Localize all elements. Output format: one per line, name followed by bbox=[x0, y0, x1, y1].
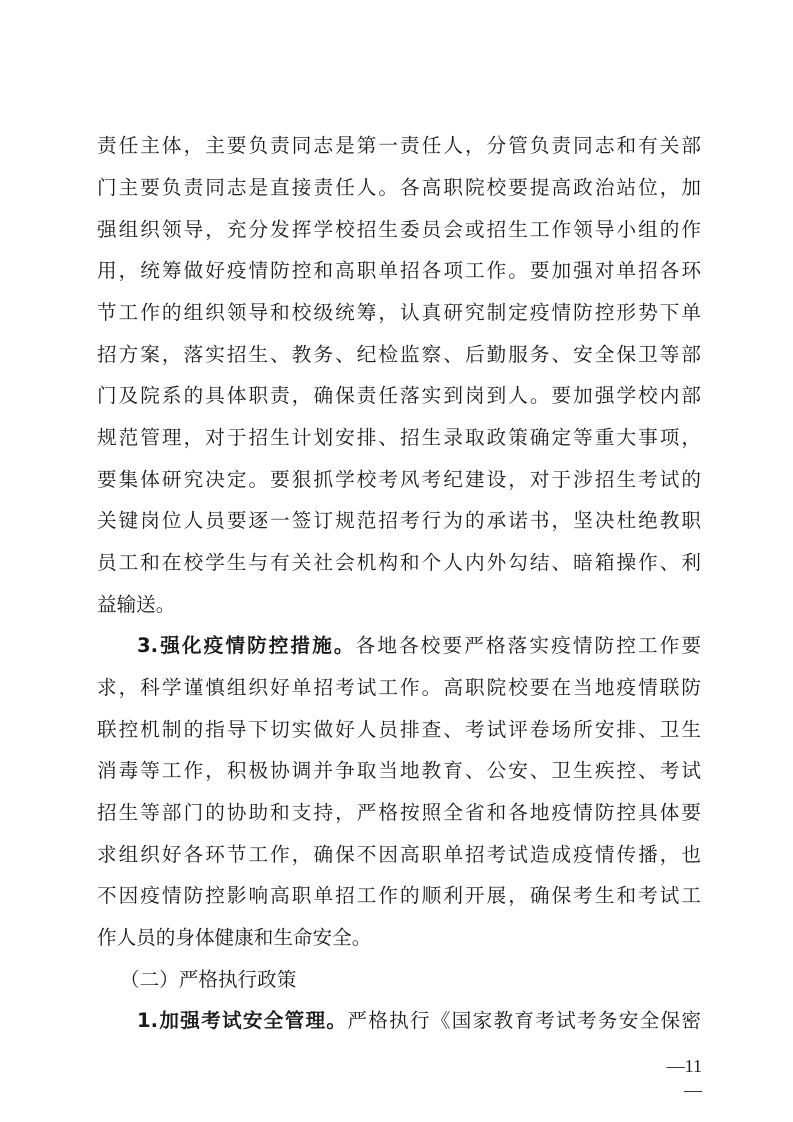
paragraph-line: 节工作的组织领导和校级统筹，认真研究制定疫情防控形势下单 bbox=[97, 298, 701, 328]
paragraph-line: 门及院系的具体职责，确保责任落实到岗到人。要加强学校内部 bbox=[97, 381, 701, 411]
section-3-heading: 3.强化疫情防控措施。 bbox=[137, 634, 356, 657]
page-number: —11— bbox=[650, 1054, 702, 1078]
section-1-first-line: 1.加强考试安全管理。严格执行《国家教育考试考务安全保密 bbox=[137, 1006, 701, 1036]
section-3-first-line: 3.强化疫情防控措施。各地各校要严格落实疫情防控工作要 bbox=[137, 631, 701, 661]
paragraph-line: 强组织领导，充分发挥学校招生委员会或招生工作领导小组的作 bbox=[97, 215, 701, 245]
section-1-heading: 1.加强考试安全管理。 bbox=[137, 1009, 347, 1032]
paragraph-line: 用，统筹做好疫情防控和高职单招各项工作。要加强对单招各环 bbox=[97, 256, 701, 286]
paragraph-line: 不因疫情防控影响高职单招工作的顺利开展，确保考生和考试工 bbox=[97, 881, 701, 911]
document-page: 责任主体，主要负责同志是第一责任人，分管负责同志和有关部 门主要负责同志是直接责… bbox=[0, 0, 793, 1122]
paragraph-line: 规范管理，对于招生计划安排、招生录取政策确定等重大事项， bbox=[97, 423, 701, 453]
paragraph-line: 要集体研究决定。要狠抓学校考风考纪建设，对于涉招生考试的 bbox=[97, 465, 701, 495]
paragraph-line: 作人员的身体健康和生命安全。 bbox=[97, 923, 701, 953]
part-2-heading: （二）严格执行政策 bbox=[120, 965, 420, 995]
paragraph-line: 招生等部门的协助和支持，严格按照全省和各地疫情防控具体要 bbox=[97, 798, 701, 828]
paragraph-line: 求，科学谨慎组织好单招考试工作。高职院校要在当地疫情联防 bbox=[97, 673, 701, 703]
paragraph-line: 益输送。 bbox=[97, 590, 701, 620]
paragraph-line: 招方案，落实招生、教务、纪检监察、后勤服务、安全保卫等部 bbox=[97, 340, 701, 370]
section-3-text: 各地各校要严格落实疫情防控工作要 bbox=[356, 634, 701, 657]
paragraph-line: 责任主体，主要负责同志是第一责任人，分管负责同志和有关部 bbox=[97, 131, 701, 161]
paragraph-line: 联控机制的指导下切实做好人员排查、考试评卷场所安排、卫生 bbox=[97, 715, 701, 745]
paragraph-line: 员工和在校学生与有关社会机构和个人内外勾结、暗箱操作、利 bbox=[97, 548, 701, 578]
paragraph-line: 消毒等工作，积极协调并争取当地教育、公安、卫生疾控、考试 bbox=[97, 756, 701, 786]
section-1-text: 严格执行《国家教育考试考务安全保密 bbox=[347, 1009, 701, 1032]
paragraph-line: 关键岗位人员要逐一签订规范招考行为的承诺书，坚决杜绝教职 bbox=[97, 506, 701, 536]
paragraph-line: 门主要负责同志是直接责任人。各高职院校要提高政治站位，加 bbox=[97, 173, 701, 203]
paragraph-line: 求组织好各环节工作，确保不因高职单招考试造成疫情传播，也 bbox=[97, 840, 701, 870]
